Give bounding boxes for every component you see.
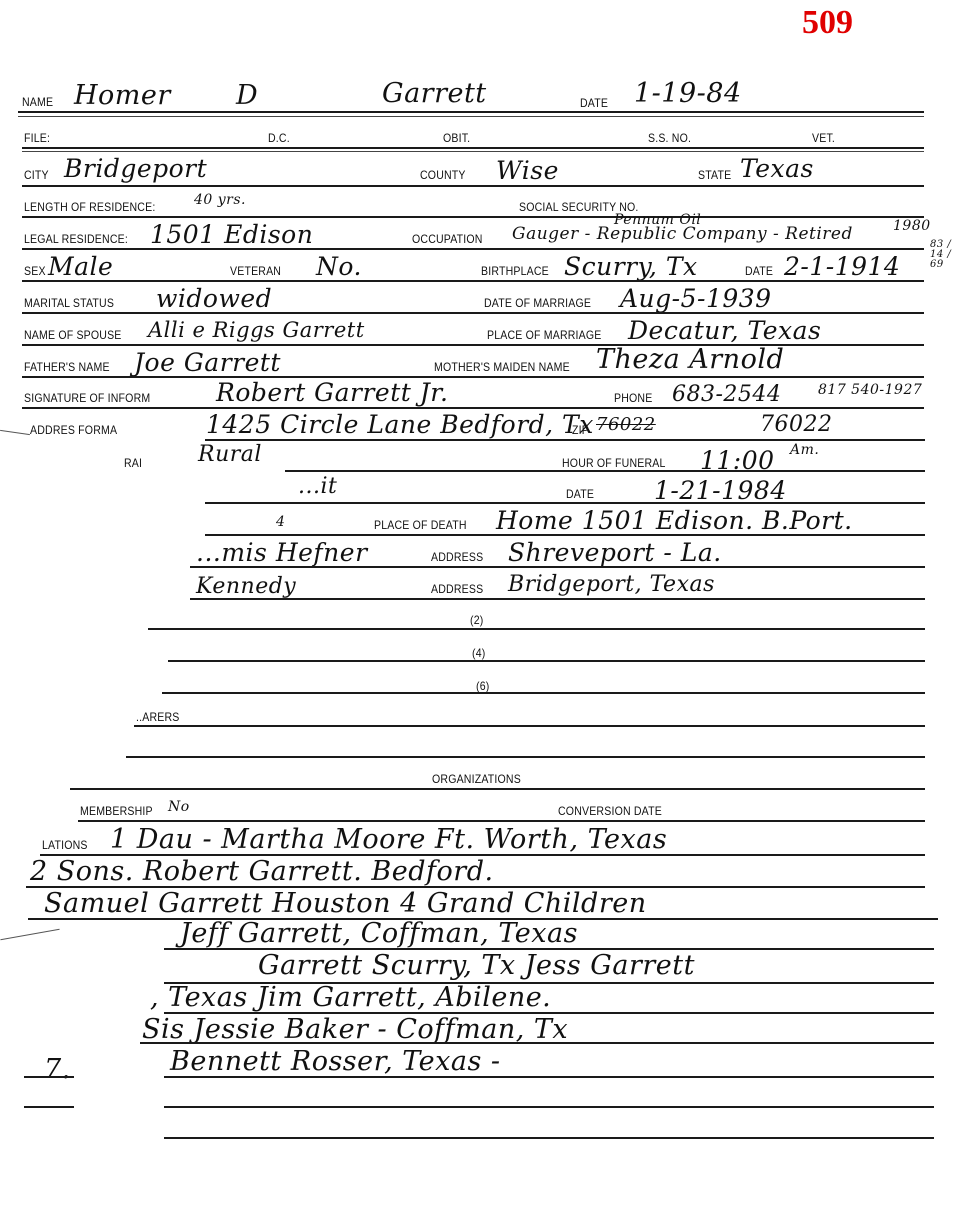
parents-rule <box>22 376 924 378</box>
birth-date-label: DATE <box>745 264 773 278</box>
city-label: CITY <box>24 168 49 182</box>
sex-label: SEX <box>24 264 46 278</box>
informant-signature-label: SIGNATURE OF INFORM <box>24 391 150 405</box>
zip-value: 76022 <box>760 412 833 437</box>
date-label: DATE <box>580 96 608 110</box>
relations-label: LATIONS <box>42 838 88 852</box>
relation-line-6: , Texas Jim Garrett, Abilene. <box>150 982 551 1013</box>
officiant-1-address-label: ADDRESS <box>431 550 483 564</box>
conversion-date-label: CONVERSION DATE <box>558 804 662 818</box>
officiant-1-value: ...mis Hefner <box>196 538 368 567</box>
phone-alt-value: 817 540-1927 <box>818 382 922 398</box>
name-rule-double <box>18 116 924 117</box>
date-of-marriage-label: DATE OF MARRIAGE <box>484 296 591 310</box>
birth-date-value: 2-1-1914 <box>784 252 900 281</box>
pallbearer-rule-6 <box>162 692 925 694</box>
funeral-row2-value: ...it <box>298 474 337 499</box>
veteran-label: VETERAN <box>230 264 281 278</box>
funeral-hour-rule <box>285 470 925 472</box>
relation-line-3: Samuel Garrett Houston 4 Grand Children <box>44 888 647 919</box>
name-label: NAME <box>22 95 53 109</box>
pallbearer-slot-4-label: (4) <box>472 646 485 660</box>
pallbearers-rule <box>134 725 925 727</box>
phone-value: 683-2544 <box>672 382 781 407</box>
place-of-death-label: PLACE OF DEATH <box>374 518 467 532</box>
relations-rule-9 <box>164 1106 934 1108</box>
funeral-place-label: RAI <box>124 456 142 470</box>
occupation-label: OCCUPATION <box>412 232 483 246</box>
place-of-death-value: Home 1501 Edison. B.Port. <box>496 506 853 535</box>
file-rule <box>22 147 924 149</box>
county-label: COUNTY <box>420 168 466 182</box>
phone-label: PHONE <box>614 391 652 405</box>
organizations-label: ORGANIZATIONS <box>432 772 521 786</box>
relation-line-4: Jeff Garrett, Coffman, Texas <box>180 918 578 949</box>
membership-rule <box>78 820 925 822</box>
relation-line-1: 1 Dau - Martha Moore Ft. Worth, Texas <box>110 824 667 855</box>
name-rule <box>18 111 924 113</box>
officiant-2-address-value: Bridgeport, Texas <box>508 572 715 597</box>
officiant-2-address-label: ADDRESS <box>431 582 483 596</box>
first-name-value: Homer <box>74 80 171 111</box>
relation-line-2: 2 Sons. Robert Garrett. Bedford. <box>30 856 494 887</box>
sex-value: Male <box>48 252 113 281</box>
city-rule <box>22 185 924 187</box>
paper-tear-mark-2 <box>0 929 59 940</box>
hour-suffix: Am. <box>790 442 819 458</box>
residence-rule <box>22 216 924 218</box>
father-label: FATHER'S NAME <box>24 360 110 374</box>
pallbearers-extra-rule <box>126 756 925 758</box>
ss-no-label: S.S. NO. <box>648 131 691 145</box>
father-value: Joe Garrett <box>134 348 281 377</box>
relations-margin-rule <box>24 1076 74 1078</box>
state-value: Texas <box>740 154 814 183</box>
officiant-1-rule <box>190 566 925 568</box>
zip-struck-value: 76022 <box>596 414 656 435</box>
paper-tear-mark <box>0 430 30 435</box>
legal-residence-rule <box>22 248 924 250</box>
relation-line-7: Sis Jessie Baker - Coffman, Tx <box>142 1014 568 1045</box>
pallbearer-rule-4 <box>168 660 925 662</box>
occupation-value: Gauger - Republic Company - Retired <box>512 224 853 244</box>
spouse-label: NAME OF SPOUSE <box>24 328 122 342</box>
funeral-row3-value: 4 <box>276 514 285 530</box>
informant-address-label: ADDRES FORMA <box>30 423 117 437</box>
obit-label: OBIT. <box>443 131 470 145</box>
legal-residence-label: LEGAL RESIDENCE: <box>24 232 128 246</box>
mother-maiden-name-label: MOTHER'S MAIDEN NAME <box>434 360 570 374</box>
vet-label: VET. <box>812 131 835 145</box>
spouse-value: Alli e Riggs Garrett <box>148 318 365 342</box>
state-label: STATE <box>698 168 731 182</box>
file-rule-double <box>22 151 924 152</box>
length-of-residence-label: LENGTH OF RESIDENCE: <box>24 200 155 214</box>
officiant-2-value: Kennedy <box>196 574 296 599</box>
zip-label: ZIP <box>572 423 589 437</box>
funeral-date-value: 1-21-1984 <box>654 476 787 505</box>
informant-signature-value: Robert Garrett Jr. <box>216 378 448 407</box>
sex-rule <box>22 280 924 282</box>
membership-label: MEMBERSHIP <box>80 804 153 818</box>
age-calculation-note: 83 / 14 / 69 <box>930 240 960 270</box>
birthplace-label: BIRTHPLACE <box>481 264 549 278</box>
place-of-marriage-label: PLACE OF MARRIAGE <box>487 328 601 342</box>
county-value: Wise <box>496 156 559 185</box>
hour-of-funeral-label: HOUR OF FUNERAL <box>562 456 666 470</box>
officiant-1-address-value: Shreveport - La. <box>508 538 722 567</box>
pallbearer-slot-6-label: (6) <box>476 679 489 693</box>
pallbearers-label: ..ARERS <box>136 710 179 724</box>
relations-rule-8 <box>164 1076 934 1078</box>
place-of-marriage-value: Decatur, Texas <box>628 316 821 345</box>
retired-year: 1980 <box>893 218 931 234</box>
marital-status-value: widowed <box>156 284 272 313</box>
place-of-death-rule <box>205 534 925 536</box>
relations-rule-7 <box>140 1042 934 1044</box>
dc-label: D.C. <box>268 131 290 145</box>
file-label: FILE: <box>24 131 50 145</box>
marital-status-label: MARITAL STATUS <box>24 296 114 310</box>
informant-rule <box>22 407 924 409</box>
pallbearer-slot-2-label: (2) <box>470 613 483 627</box>
mother-maiden-name-value: Theza Arnold <box>596 344 784 375</box>
marital-rule <box>22 312 924 314</box>
relation-line-8: Bennett Rosser, Texas - <box>170 1046 501 1077</box>
officiant-2-rule <box>190 598 925 600</box>
last-name-value: Garrett <box>382 78 487 109</box>
funeral-date-rule <box>205 502 925 504</box>
relation-line-5: Garrett Scurry, Tx Jess Garrett <box>258 950 695 981</box>
pallbearer-rule-2 <box>148 628 925 630</box>
organizations-rule <box>70 788 925 790</box>
relations-rule-10 <box>164 1137 934 1139</box>
informant-address-value: 1425 Circle Lane Bedford, Tx <box>206 410 594 439</box>
spouse-rule <box>22 344 924 346</box>
birthplace-value: Scurry, Tx <box>564 252 698 281</box>
page-number: 509 <box>802 4 853 42</box>
date-value: 1-19-84 <box>634 78 742 109</box>
informant-address-rule <box>205 439 925 441</box>
date-of-marriage-value: Aug-5-1939 <box>620 284 772 313</box>
funeral-date-label: DATE <box>566 487 594 501</box>
relations-margin-rule-2 <box>24 1106 74 1108</box>
legal-residence-value: 1501 Edison <box>150 220 313 249</box>
length-of-residence-value: 40 yrs. <box>194 192 246 208</box>
city-value: Bridgeport <box>64 154 207 183</box>
middle-initial-value: D <box>236 80 258 111</box>
veteran-value: No. <box>316 252 362 281</box>
membership-value: No <box>168 799 190 815</box>
relation-margin-note: 7. <box>44 1054 71 1085</box>
funeral-place-value: Rural <box>198 442 262 467</box>
